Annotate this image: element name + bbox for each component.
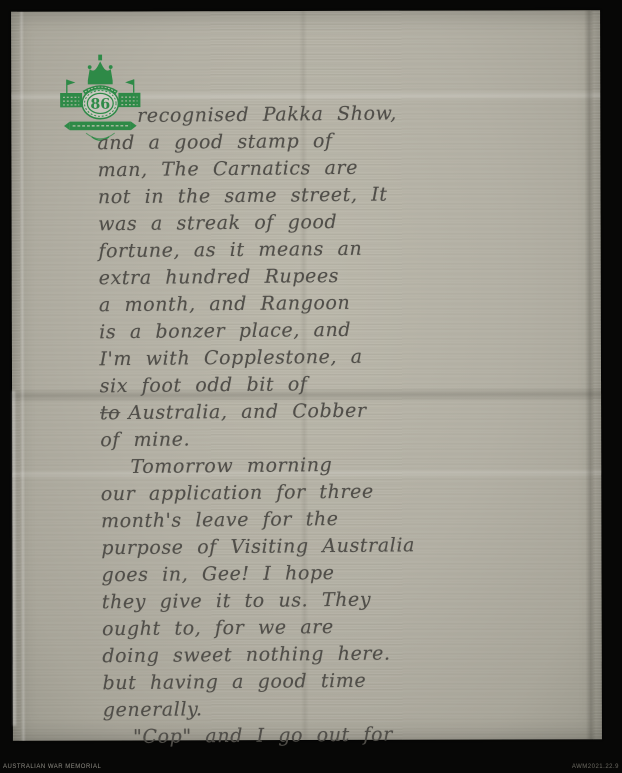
archive-name-label: AUSTRALIAN WAR MEMORIAL	[3, 764, 101, 770]
letter-line-text: Australia, and Cobber	[128, 400, 367, 424]
letter-line: "Cop" and I go out for	[133, 719, 603, 751]
handwritten-letter-body: recognised Pakka Show, and a good stamp …	[97, 99, 603, 752]
vertical-crease	[19, 12, 26, 741]
photographed-letter-page: 86 recognised Pakka Show, and a good sta…	[0, 0, 622, 773]
accession-number-label: AWM2021.22.9	[572, 764, 619, 770]
strikethrough-word: to	[100, 402, 120, 424]
paper-edge-highlight	[12, 391, 16, 726]
letter-paper: 86 recognised Pakka Show, and a good sta…	[11, 10, 602, 741]
